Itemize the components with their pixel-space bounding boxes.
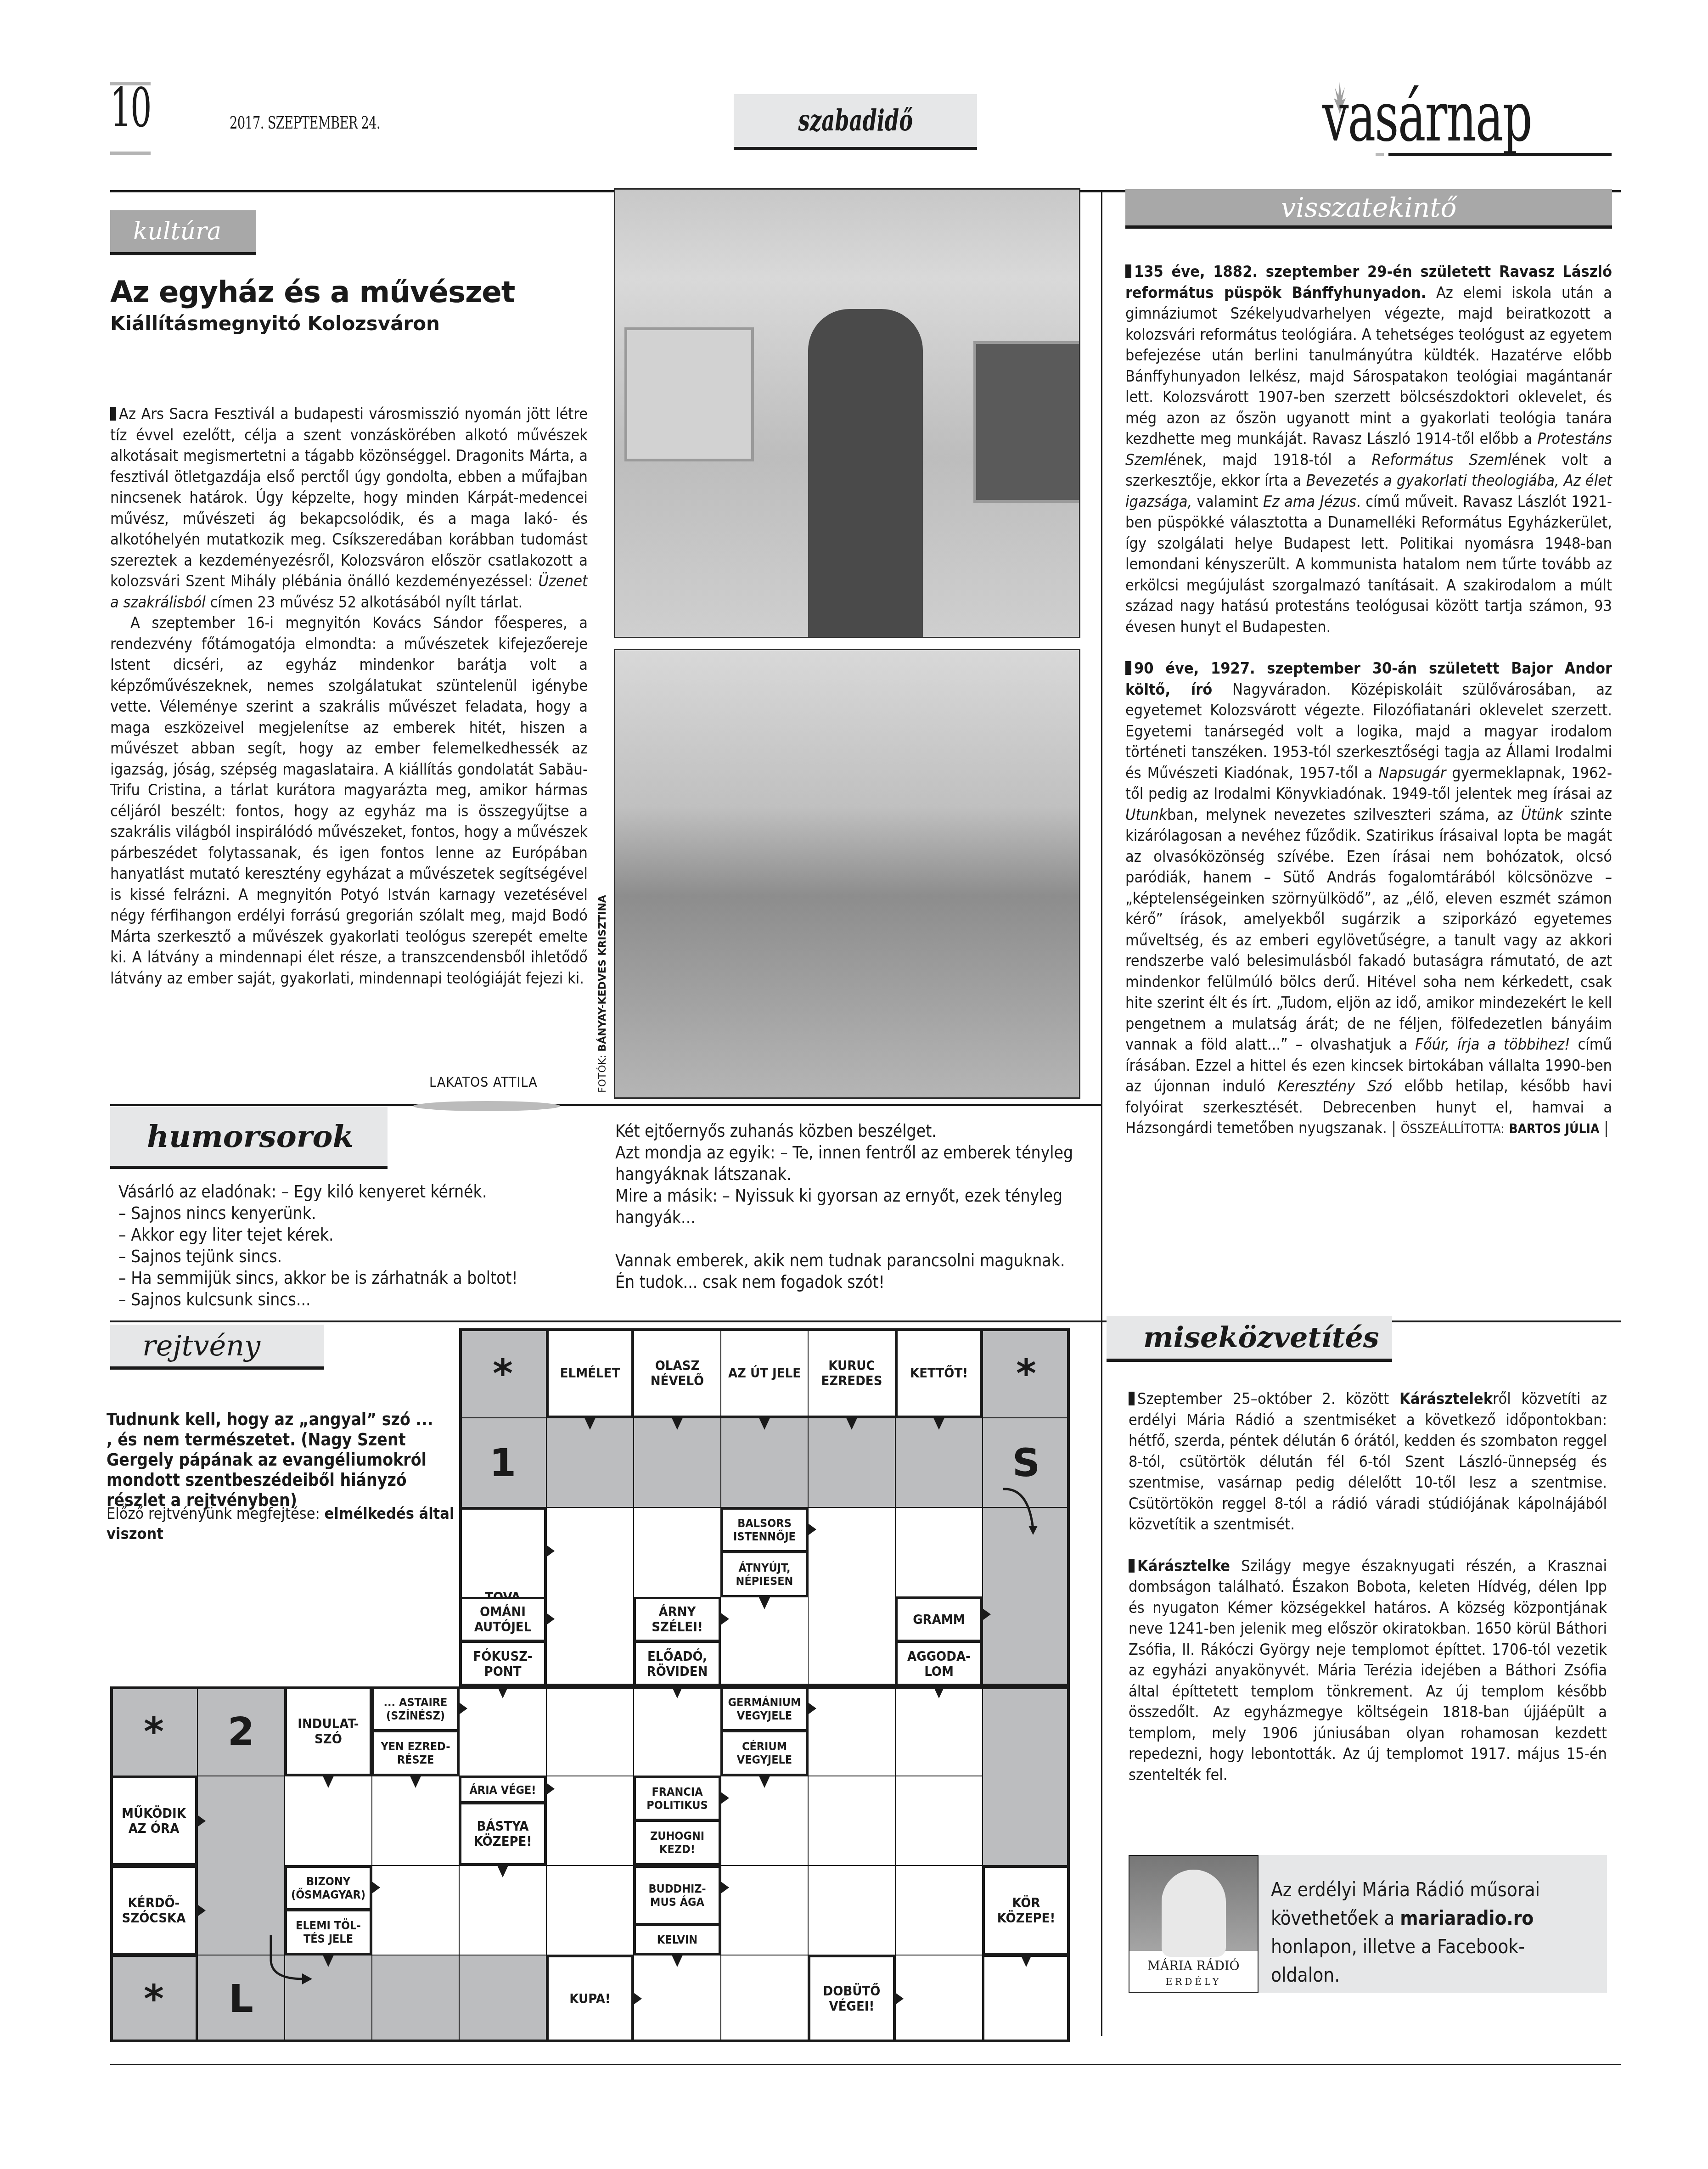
crossword-clue: ZUHOGNI KEZD! bbox=[634, 1821, 721, 1866]
place-name: Kárásztelek bbox=[1399, 1390, 1493, 1408]
text: . című műveit. Ravasz Lászlót 1921-ben p… bbox=[1125, 493, 1612, 636]
footer-rule bbox=[110, 2064, 1621, 2065]
crossword-answer-cell[interactable] bbox=[546, 1418, 634, 1507]
crossword-clue: KELVIN bbox=[634, 1925, 721, 1955]
logo-text: MÁRIA RÁDIÓ bbox=[1129, 1959, 1258, 1973]
clue-text: KETTŐT! bbox=[910, 1365, 968, 1381]
crossword-clue: ELMÉLET bbox=[546, 1328, 634, 1418]
crossword-answer-cell[interactable] bbox=[634, 1686, 721, 1776]
text: ének, majd 1918-tól a bbox=[1168, 451, 1372, 469]
arrow-right-icon bbox=[372, 1882, 380, 1894]
clue-text: INDULAT-SZÓ bbox=[287, 1716, 370, 1747]
title-ref: Ütünk bbox=[1521, 806, 1562, 824]
arrow-down-icon bbox=[584, 1418, 596, 1430]
place-name: Kárásztelke bbox=[1137, 1557, 1230, 1575]
arrow-right-icon bbox=[721, 1792, 729, 1804]
title-ref: Keresztény Szó bbox=[1277, 1077, 1392, 1096]
section-label: visszatekintő bbox=[1281, 192, 1457, 223]
crossword-clue: BIZONY (ŐSMAGYAR) bbox=[285, 1866, 372, 1911]
paragraph-marker bbox=[1125, 264, 1131, 278]
clue-text: BUDDHIZ-MUS ÁGA bbox=[636, 1882, 719, 1909]
arrow-down-icon bbox=[672, 1955, 683, 1967]
crossword-answer-cell[interactable] bbox=[459, 1955, 546, 2042]
clue-text: BALSORS ISTENNŐJE bbox=[723, 1517, 806, 1543]
title-ref: Napsugár bbox=[1378, 764, 1446, 782]
arrow-down-icon bbox=[1021, 1955, 1032, 1967]
crossword-clue: ... ASTAIRE (SZÍNÉSZ) bbox=[372, 1686, 459, 1731]
joke-1: Vásárló az eladónak: – Egy kiló kenyeret… bbox=[118, 1181, 596, 1310]
arrow-down-icon bbox=[497, 1866, 508, 1877]
crossword-clue: GRAMM bbox=[895, 1597, 983, 1642]
clue-text: AZ ÚT JELE bbox=[728, 1365, 801, 1381]
clue-text: GERMÁNIUM VEGYJELE bbox=[723, 1696, 806, 1722]
clue-text: ÁRNY SZÉLEI! bbox=[636, 1604, 719, 1635]
clue-text: FRANCIA POLITIKUS bbox=[636, 1785, 719, 1812]
arrow-right-icon bbox=[546, 1613, 555, 1625]
crossword-answer-cell[interactable] bbox=[895, 1418, 983, 1507]
crossword-cell-marker: * bbox=[110, 1955, 197, 2042]
joke-line: Mire a másik: – Nyissuk ki gyorsan az er… bbox=[615, 1185, 1079, 1228]
crossword-cell-marker: 2 bbox=[197, 1686, 285, 1776]
crossword-answer-cell[interactable] bbox=[895, 1955, 983, 2042]
issue-date: 2017. SZEPTEMBER 24. bbox=[230, 112, 380, 133]
text: honlapon, illetve a Facebook-oldalon. bbox=[1271, 1935, 1525, 1986]
section-header-humorsorok: humorsorok bbox=[110, 1107, 388, 1169]
crossword-answer-cell[interactable] bbox=[372, 1776, 459, 1866]
joke-line: Vannak emberek, akik nem tudnak parancso… bbox=[615, 1250, 1079, 1271]
crossword-answer-cell[interactable] bbox=[546, 1686, 634, 1776]
title-ref: Főúr, írja a többihez! bbox=[1415, 1035, 1570, 1054]
crossword-cell-marker: * bbox=[459, 1328, 546, 1418]
crossword-answer-cell[interactable] bbox=[895, 1507, 983, 1597]
photo-credit-label: FOTÓK: bbox=[597, 1055, 608, 1093]
joke-2: Két ejtőernyős zuhanás közben beszélget.… bbox=[615, 1120, 1079, 1293]
crossword-clue: FÓKUSZ-PONT bbox=[459, 1642, 546, 1687]
clue-text: AGGODA-LOM bbox=[898, 1649, 980, 1679]
arrow-down-icon bbox=[846, 1418, 857, 1430]
crossword-clue: OLASZ NÉVELŐ bbox=[634, 1328, 721, 1418]
crossword-clue: CÉRIUM VEGYJELE bbox=[721, 1731, 808, 1776]
star-marker: * bbox=[493, 1351, 513, 1396]
arrow-down-icon bbox=[759, 1418, 770, 1430]
article-paragraph: Az Ars Sacra Fesztivál a budapesti város… bbox=[110, 405, 588, 590]
section-tag-label: szabadidő bbox=[798, 103, 913, 138]
crossword-clue: AZ ÚT JELE bbox=[721, 1328, 808, 1418]
number-marker: 2 bbox=[228, 1709, 254, 1754]
crossword-answer-cell[interactable] bbox=[459, 1866, 546, 1955]
star-marker: * bbox=[1016, 1351, 1036, 1396]
arrow-right-icon bbox=[546, 1783, 555, 1795]
logo-subtext: ERDÉLY bbox=[1129, 1976, 1258, 1987]
paragraph-marker bbox=[1129, 1392, 1135, 1405]
curved-arrow-icon bbox=[1001, 1485, 1042, 1536]
arrow-right-icon bbox=[721, 1613, 729, 1625]
text: valamint bbox=[1192, 493, 1263, 511]
crossword-clue: ELŐADÓ, RÖVIDEN bbox=[634, 1642, 721, 1687]
crossword-grid: * ELMÉLET OLASZ NÉVELŐ AZ ÚT JELE KURUC … bbox=[110, 1328, 1070, 1944]
section-divider bbox=[110, 1321, 1621, 1322]
clue-text: OMÁNI AUTÓJEL bbox=[461, 1604, 544, 1635]
joke-line: Két ejtőernyős zuhanás közben beszélget. bbox=[615, 1120, 1079, 1142]
section-label: kultúra bbox=[133, 218, 221, 245]
compiled-by-name: BARTOS JÚLIA bbox=[1509, 1121, 1599, 1136]
clue-text: DOBÜTŐ VÉGEI! bbox=[810, 1984, 893, 2014]
crossword-clue: BÁSTYA KÖZEPE! bbox=[459, 1804, 546, 1866]
crossword-answer-cell[interactable] bbox=[721, 1776, 808, 1866]
crossword-clue: FRANCIA POLITIKUS bbox=[634, 1776, 721, 1821]
star-marker: * bbox=[144, 1709, 164, 1754]
arrow-down-icon bbox=[672, 1418, 683, 1430]
star-marker: * bbox=[144, 1976, 164, 2021]
crossword-answer-cell[interactable] bbox=[285, 1776, 372, 1866]
clue-text: ELMÉLET bbox=[560, 1365, 620, 1381]
clue-text: CÉRIUM VEGYJELE bbox=[723, 1740, 806, 1766]
crossword-answer-cell[interactable] bbox=[721, 1866, 808, 1955]
crossword-clue: KÉRDŐ-SZÓCSKA bbox=[110, 1866, 197, 1955]
crossword-answer-cell[interactable] bbox=[721, 1418, 808, 1507]
crossword-answer-cell[interactable] bbox=[546, 1866, 634, 1955]
arrow-down-icon bbox=[672, 1686, 683, 1698]
crossword-clue: INDULAT-SZÓ bbox=[285, 1686, 372, 1776]
text: | bbox=[1599, 1119, 1608, 1137]
crossword-answer-cell[interactable] bbox=[808, 1686, 895, 1776]
clue-text: KUPA! bbox=[569, 1991, 610, 2006]
radio-website-link[interactable]: mariaradio.ro bbox=[1400, 1907, 1534, 1929]
article-paragraph: címen 23 művész 52 alkotásából nyílt tár… bbox=[206, 593, 523, 612]
crossword-cell-marker: * bbox=[983, 1328, 1070, 1418]
photo-credit-name: BÁNYAY-KEDVES KRISZTINA bbox=[597, 895, 608, 1051]
text: Szeptember 25–október 2. között bbox=[1137, 1390, 1399, 1408]
title-ref: Ez ama Jézus bbox=[1263, 493, 1356, 511]
crossword-clue: KETTŐT! bbox=[895, 1328, 983, 1418]
clue-text: KÉRDŐ-SZÓCSKA bbox=[112, 1895, 195, 1926]
crossword-clue: BUDDHIZ-MUS ÁGA bbox=[634, 1866, 721, 1925]
compiled-by-label: ÖSSZEÁLLÍTOTTA: bbox=[1400, 1121, 1504, 1136]
page-number-bar-bottom bbox=[110, 152, 151, 155]
crossword-clue: AGGODA-LOM bbox=[895, 1642, 983, 1687]
crossword-clue: GERMÁNIUM VEGYJELE bbox=[721, 1686, 808, 1731]
arrow-down-icon bbox=[933, 1686, 944, 1698]
crossword-answer-cell[interactable] bbox=[895, 1776, 983, 1866]
clue-text: ELŐADÓ, RÖVIDEN bbox=[636, 1649, 719, 1679]
crossword-clue: ÁTNYÚJT, NÉPIESEN bbox=[721, 1552, 808, 1597]
crossword-clue: KUPA! bbox=[546, 1955, 634, 2042]
crossword-answer-cell[interactable] bbox=[634, 1418, 721, 1507]
crossword-answer-cell[interactable] bbox=[721, 1955, 808, 2042]
text: ban, melynek nevezetes szilveszteri szám… bbox=[1167, 806, 1521, 824]
arrow-right-icon bbox=[808, 1523, 816, 1535]
joke-line: Én tudok... csak nem fogadok szót! bbox=[615, 1271, 1079, 1293]
text: Az elemi iskola után a gimnáziumot Széke… bbox=[1125, 284, 1612, 449]
crossword-answer-cell[interactable] bbox=[372, 1866, 459, 1955]
crossword-cell-marker: * bbox=[110, 1686, 197, 1776]
letter-marker: S bbox=[1012, 1440, 1040, 1485]
crossword-answer-cell[interactable] bbox=[197, 1776, 285, 1955]
clue-text: ZUHOGNI KEZD! bbox=[636, 1829, 719, 1856]
mass-broadcast-body: Szeptember 25–október 2. között Kárászte… bbox=[1129, 1389, 1607, 1786]
masthead-rule bbox=[1388, 153, 1612, 156]
crossword-clue: ÁRIA VÉGE! bbox=[459, 1776, 546, 1804]
text: szinte kizárólagosan a nevéhez fűződik. … bbox=[1125, 806, 1612, 1054]
arrow-down-icon bbox=[759, 1597, 770, 1609]
crossword-answer-cell[interactable] bbox=[808, 1418, 895, 1507]
section-header-misekozvetites: miseközvetítés bbox=[1107, 1316, 1392, 1362]
arrow-down-icon bbox=[497, 1686, 508, 1698]
crossword-clue: MŰKÖDIK AZ ÓRA bbox=[110, 1776, 197, 1866]
article-paragraph: A szeptember 16-i megnyitón Kovács Sándo… bbox=[110, 613, 588, 989]
clue-text: FÓKUSZ-PONT bbox=[461, 1649, 544, 1679]
arrow-down-icon bbox=[410, 1776, 421, 1788]
article-headline: Az egyház és a művészet bbox=[110, 275, 515, 309]
masthead-rule-accent bbox=[1376, 153, 1384, 156]
crossword-answer-cell[interactable] bbox=[546, 1776, 634, 1866]
joke-line: – Sajnos kulcsunk sincs... bbox=[118, 1289, 596, 1310]
crossword-clue: KURUC EZREDES bbox=[808, 1328, 895, 1418]
joke-line: Vásárló az eladónak: – Egy kiló kenyeret… bbox=[118, 1181, 596, 1203]
clue-text: BIZONY (ŐSMAGYAR) bbox=[287, 1875, 370, 1901]
text: ről közvetíti az erdélyi Mária Rádió a s… bbox=[1129, 1390, 1607, 1534]
letter-marker: L bbox=[229, 1976, 253, 2021]
joke-line: – Sajnos nincs kenyerünk. bbox=[118, 1203, 596, 1224]
photo-audience bbox=[614, 649, 1080, 1099]
crossword-answer-cell[interactable] bbox=[895, 1686, 983, 1776]
crossword-bottom-row: * L KUPA! DOBÜTŐ VÉGEI! bbox=[110, 1955, 1070, 2042]
paragraph-marker bbox=[1129, 1559, 1135, 1573]
arrow-right-icon bbox=[197, 1815, 206, 1827]
clue-text: YEN EZRED-RÉSZE bbox=[374, 1740, 457, 1766]
painting-left bbox=[624, 327, 754, 461]
clue-text: BÁSTYA KÖZEPE! bbox=[461, 1819, 544, 1849]
crossword-answer-cell[interactable] bbox=[546, 1507, 634, 1686]
photo-credit: FOTÓK: BÁNYAY-KEDVES KRISZTINA bbox=[597, 895, 608, 1093]
clue-text: KÖR KÖZEPE! bbox=[985, 1895, 1067, 1926]
article-body: Az Ars Sacra Fesztivál a budapesti város… bbox=[110, 404, 588, 989]
crossword-answer-cell[interactable] bbox=[895, 1866, 983, 1955]
paragraph-marker bbox=[110, 407, 116, 421]
crossword-clue: DOBÜTŐ VÉGEI! bbox=[808, 1955, 895, 2042]
crossword-answer-cell[interactable] bbox=[808, 1866, 895, 1955]
madonna-image bbox=[1162, 1870, 1226, 1957]
section-label: humorsorok bbox=[147, 1118, 354, 1154]
clue-text: OLASZ NÉVELŐ bbox=[634, 1358, 720, 1388]
text: Szilágy megye északnyugati részén, a Kra… bbox=[1129, 1557, 1607, 1784]
clue-text: GRAMM bbox=[913, 1612, 965, 1627]
title-ref: Református Szeml bbox=[1372, 451, 1512, 469]
crossword-clue: YEN EZRED-RÉSZE bbox=[372, 1731, 459, 1776]
crossword-clue: OMÁNI AUTÓJEL bbox=[459, 1597, 546, 1642]
joke-line: – Sajnos tejünk sincs. bbox=[118, 1246, 596, 1267]
section-tag: szabadidő bbox=[734, 94, 977, 150]
joke-line: – Ha semmijük sincs, akkor be is zárhatn… bbox=[118, 1267, 596, 1289]
page-number: 10 bbox=[110, 80, 151, 135]
clue-text: MŰKÖDIK AZ ÓRA bbox=[112, 1806, 195, 1836]
arrow-right-icon bbox=[634, 1993, 642, 2005]
masthead-logo: vasárnap bbox=[1322, 83, 1532, 152]
crossword-answer-cell[interactable] bbox=[808, 1507, 895, 1686]
painting-right bbox=[973, 341, 1080, 503]
arrow-down-icon bbox=[933, 1418, 944, 1430]
clue-text: ... ASTAIRE (SZÍNÉSZ) bbox=[374, 1696, 457, 1722]
crossword-clue: ÁRNY SZÉLEI! bbox=[634, 1597, 721, 1642]
section-header-kultura: kultúra bbox=[110, 210, 256, 255]
crossword-answer-cell[interactable] bbox=[808, 1776, 895, 1866]
section-header-visszatekinto: visszatekintő bbox=[1125, 189, 1612, 229]
crossword-answer-cell[interactable] bbox=[983, 1686, 1070, 1866]
arrow-right-icon bbox=[459, 1703, 467, 1714]
arrow-right-icon bbox=[808, 1703, 816, 1714]
article-author: LAKATOS ATTILA bbox=[429, 1074, 538, 1090]
arrow-right-icon bbox=[546, 1545, 555, 1557]
section-label: miseközvetítés bbox=[1143, 1321, 1379, 1354]
paragraph-marker bbox=[1125, 661, 1131, 675]
title-ref: Utunk bbox=[1125, 806, 1167, 824]
crossword-answer-cell[interactable] bbox=[459, 1686, 546, 1776]
section-divider bbox=[110, 1104, 1101, 1106]
arrow-right-icon bbox=[197, 1905, 206, 1916]
clue-text: KELVIN bbox=[657, 1932, 697, 1947]
crossword-clue: BALSORS ISTENNŐJE bbox=[721, 1507, 808, 1552]
crossword-clue: KÖR KÖZEPE! bbox=[983, 1866, 1070, 1955]
arrow-down-icon bbox=[759, 1776, 770, 1788]
maria-radio-logo: MÁRIA RÁDIÓ ERDÉLY bbox=[1129, 1855, 1259, 1993]
decorative-oval bbox=[413, 1101, 560, 1111]
number-marker: 1 bbox=[489, 1440, 516, 1485]
clue-text: ÁRIA VÉGE! bbox=[469, 1782, 536, 1798]
arrow-down-icon bbox=[323, 1955, 334, 1967]
joke-line: – Akkor egy liter tejet kérek. bbox=[118, 1224, 596, 1246]
crossword-answer-cell[interactable] bbox=[372, 1955, 459, 2042]
crossword-answer-cell[interactable] bbox=[634, 1955, 721, 2042]
photo-speaker bbox=[614, 188, 1080, 638]
article-subheadline: Kiállításmegnyitó Kolozsváron bbox=[110, 312, 440, 335]
arrow-down-icon bbox=[323, 1776, 334, 1788]
joke-line: Azt mondja az egyik: – Te, innen fentről… bbox=[615, 1142, 1079, 1185]
speaker-figure bbox=[808, 309, 923, 638]
arrow-right-icon bbox=[721, 1882, 729, 1894]
clue-text: KURUC EZREDES bbox=[809, 1358, 895, 1388]
radio-ad-text: Az erdélyi Mária Rádió műsorai követhető… bbox=[1271, 1876, 1592, 1989]
column-divider bbox=[1101, 190, 1102, 2036]
arrow-right-icon bbox=[983, 1608, 991, 1620]
anniversaries-body: 135 éve, 1882. szeptember 29-én születet… bbox=[1125, 262, 1612, 1140]
curved-arrow-icon bbox=[266, 1933, 317, 1988]
crossword-answer-cell[interactable] bbox=[983, 1955, 1070, 2042]
crossword-cell-marker: 1 bbox=[459, 1418, 546, 1507]
clue-text: ÁTNYÚJT, NÉPIESEN bbox=[723, 1561, 806, 1588]
arrow-right-icon bbox=[895, 1993, 904, 2005]
